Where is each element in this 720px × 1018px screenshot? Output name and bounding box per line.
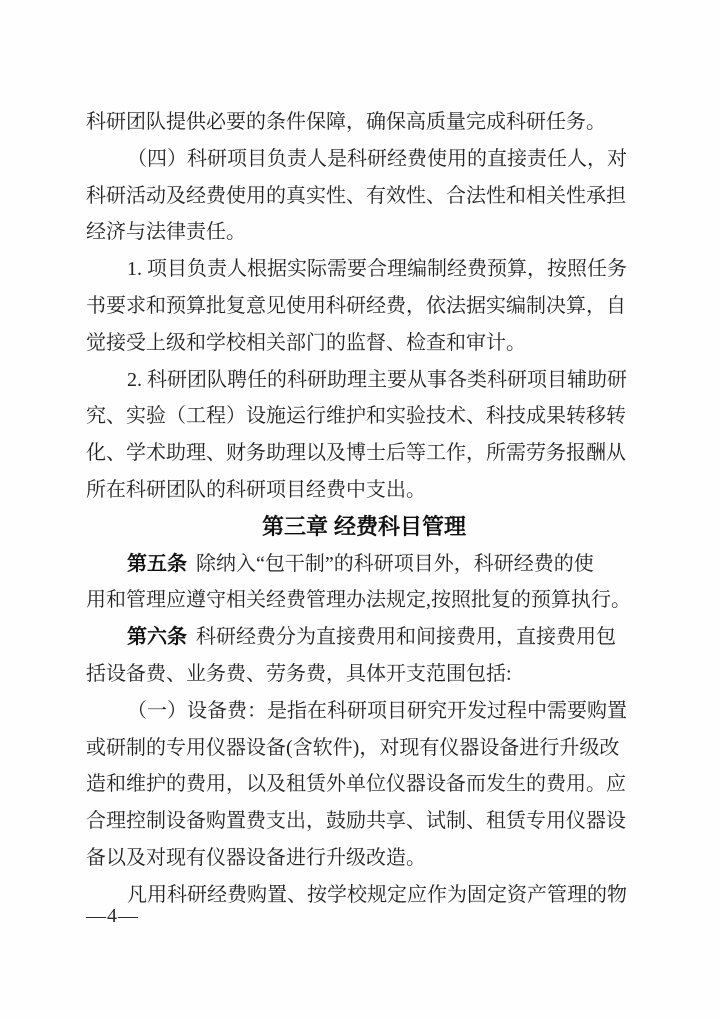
document-page: 科研团队提供必要的条件保障，确保高质量完成科研任务。（四）科研项目负责人是科研经… <box>0 0 720 1018</box>
text-line: 括设备费、业务费、劳务费，具体开支范围包括: <box>86 656 642 693</box>
text-line: 第五条除纳入“包干制”的科研项目外，科研经费的使 <box>86 546 642 583</box>
text-line: 备以及对现有仪器设备进行升级改造。 <box>86 840 642 877</box>
article-number: 第六条 <box>127 626 187 648</box>
text-line: 经济与法律责任。 <box>86 214 642 251</box>
text-line: 造和维护的费用，以及租赁外单位仪器设备而发生的费用。应 <box>86 766 642 803</box>
text-line: 所在科研团队的科研项目经费中支出。 <box>86 472 642 509</box>
text-line: 2. 科研团队聘任的科研助理主要从事各类科研项目辅助研 <box>86 362 642 399</box>
text-line: 化、学术助理、财务助理以及博士后等工作，所需劳务报酬从 <box>86 435 642 472</box>
text-line: 究、实验（工程）设施运行维护和实验技术、科技成果转移转 <box>86 398 642 435</box>
document-body: 科研团队提供必要的条件保障，确保高质量完成科研任务。（四）科研项目负责人是科研经… <box>86 104 642 914</box>
article-number: 第五条 <box>127 553 187 575</box>
line-text: 科研经费分为直接费用和间接费用，直接费用包 <box>196 626 616 648</box>
chapter-heading: 第三章 经费科目管理 <box>86 509 642 546</box>
text-line: 科研团队提供必要的条件保障，确保高质量完成科研任务。 <box>86 104 642 141</box>
text-line: （一）设备费：是指在科研项目研究开发过程中需要购置 <box>86 693 642 730</box>
page-number: —4— <box>86 903 139 929</box>
text-line: 第六条科研经费分为直接费用和间接费用，直接费用包 <box>86 619 642 656</box>
text-line: 凡用科研经费购置、按学校规定应作为固定资产管理的物 <box>86 877 642 914</box>
text-line: （四）科研项目负责人是科研经费使用的直接责任人，对 <box>86 141 642 178</box>
text-line: 科研活动及经费使用的真实性、有效性、合法性和相关性承担 <box>86 178 642 215</box>
text-line: 用和管理应遵守相关经费管理办法规定,按照批复的预算执行。 <box>86 582 642 619</box>
text-line: 1. 项目负责人根据实际需要合理编制经费预算，按照任务 <box>86 251 642 288</box>
text-line: 觉接受上级和学校相关部门的监督、检查和审计。 <box>86 325 642 362</box>
line-text: 除纳入“包干制”的科研项目外，科研经费的使 <box>196 553 594 575</box>
text-line: 书要求和预算批复意见使用科研经费，依法据实编制决算，自 <box>86 288 642 325</box>
text-line: 合理控制设备购置费支出，鼓励共享、试制、租赁专用仪器设 <box>86 803 642 840</box>
text-line: 或研制的专用仪器设备(含软件)，对现有仪器设备进行升级改 <box>86 730 642 767</box>
